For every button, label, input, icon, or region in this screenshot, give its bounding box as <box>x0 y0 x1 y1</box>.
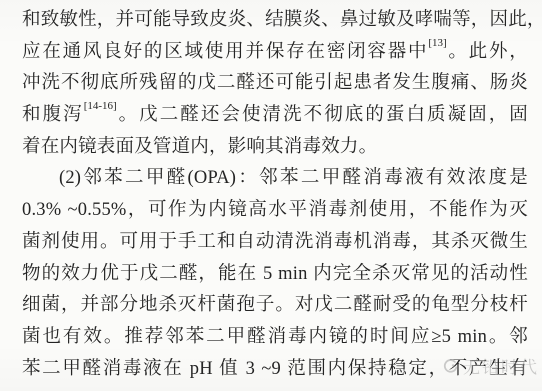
text-line: 冲洗不彻底所残留的戊二醛还可能引起患者发生腹痛、肠炎 <box>22 68 528 100</box>
text-line: 和腹泻[14-16]。戊二醛还会使清洗不彻底的蛋白质凝固，固 <box>22 100 528 132</box>
line-text: 菌剂使用。可用于手工和自动清洗消毒机消毒，其杀灭微生 <box>22 232 528 252</box>
text-line: 菌剂使用。可用于手工和自动清洗消毒机消毒，其杀灭微生 <box>22 227 528 259</box>
line-text: 和致敏性，并可能导致皮炎、结膜炎、鼻过敏及哮喘等，因此， <box>22 10 542 30</box>
line-text: 苯二甲醛消毒液在 pH 值 3 ~9 范围内保持稳定，不产生有 <box>22 359 528 379</box>
text-line: 着在内镜表面及管道内，影响其消毒效力。 <box>22 132 528 164</box>
line-text: 和腹泻 <box>22 105 84 125</box>
text-line: 苯二甲醛消毒液在 pH 值 3 ~9 范围内保持稳定，不产生有 <box>22 354 528 386</box>
line-text: 应在通风良好的区域使用并保存在密闭容器中 <box>22 42 428 62</box>
line-text: 。此外， <box>447 42 528 62</box>
text-line: (2)邻苯二甲醛(OPA)：邻苯二甲醛消毒液有效浓度是 <box>22 163 528 195</box>
text-line: 0.3% ~0.55%，可作为内镜高水平消毒剂使用，不能作为灭 <box>22 195 528 227</box>
line-text: 菌也有效。推荐邻苯二甲醛消毒内镜的时间应≥5 min。邻 <box>22 327 528 347</box>
document-page: 和致敏性，并可能导致皮炎、结膜炎、鼻过敏及哮喘等，因此， 应在通风良好的区域使用… <box>0 0 542 391</box>
line-text: 物的效力优于戊二醛，能在 5 min 内完全杀灭常见的活动性 <box>22 264 528 284</box>
line-text: 0.3% ~0.55%，可作为内镜高水平消毒剂使用，不能作为灭 <box>22 200 528 220</box>
citation-ref: [13] <box>428 37 446 49</box>
citation-ref: [14-16] <box>84 100 117 112</box>
text-line: 应在通风良好的区域使用并保存在密闭容器中[13]。此外， <box>22 37 528 69</box>
line-text: 着在内镜表面及管道内，影响其消毒效力。 <box>22 137 377 157</box>
line-text: 细菌，并部分地杀灭杆菌孢子。对戊二醛耐受的龟型分枝杆 <box>22 295 528 315</box>
line-text: (2)邻苯二甲醛(OPA)：邻苯二甲醛消毒液有效浓度是 <box>59 168 528 188</box>
text-line: 菌也有效。推荐邻苯二甲醛消毒内镜的时间应≥5 min。邻 <box>22 322 528 354</box>
text-line: 细菌，并部分地杀灭杆菌孢子。对戊二醛耐受的龟型分枝杆 <box>22 290 528 322</box>
text-line: 和致敏性，并可能导致皮炎、结膜炎、鼻过敏及哮喘等，因此， <box>22 5 528 37</box>
text-line: 物的效力优于戊二醛，能在 5 min 内完全杀灭常见的活动性 <box>22 259 528 291</box>
line-text: 冲洗不彻底所残留的戊二醛还可能引起患者发生腹痛、肠炎 <box>22 73 528 93</box>
line-text: 。戊二醛还会使清洗不彻底的蛋白质凝固，固 <box>117 105 528 125</box>
body-text: 和致敏性，并可能导致皮炎、结膜炎、鼻过敏及哮喘等，因此， 应在通风良好的区域使用… <box>22 5 528 385</box>
